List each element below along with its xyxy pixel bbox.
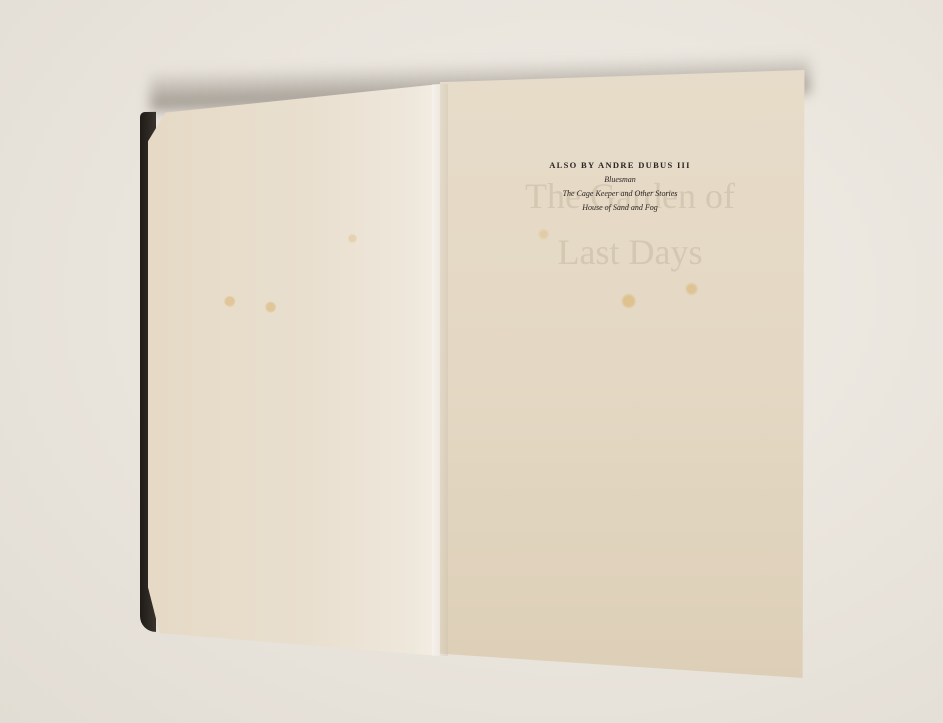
left-page (148, 84, 440, 656)
book-gutter (432, 84, 448, 656)
also-by-heading: ALSO BY ANDRE DUBUS III (520, 160, 720, 170)
book-title: The Cage Keeper and Other Stories (520, 189, 720, 198)
open-book: The Garden of Last Days ALSO BY ANDRE DU… (0, 0, 943, 723)
bleed-line: Last Days (500, 224, 760, 280)
book-title: Bluesman (520, 175, 720, 184)
book-title: House of Sand and Fog (520, 203, 720, 212)
also-by-block: ALSO BY ANDRE DUBUS III Bluesman The Cag… (520, 160, 720, 217)
